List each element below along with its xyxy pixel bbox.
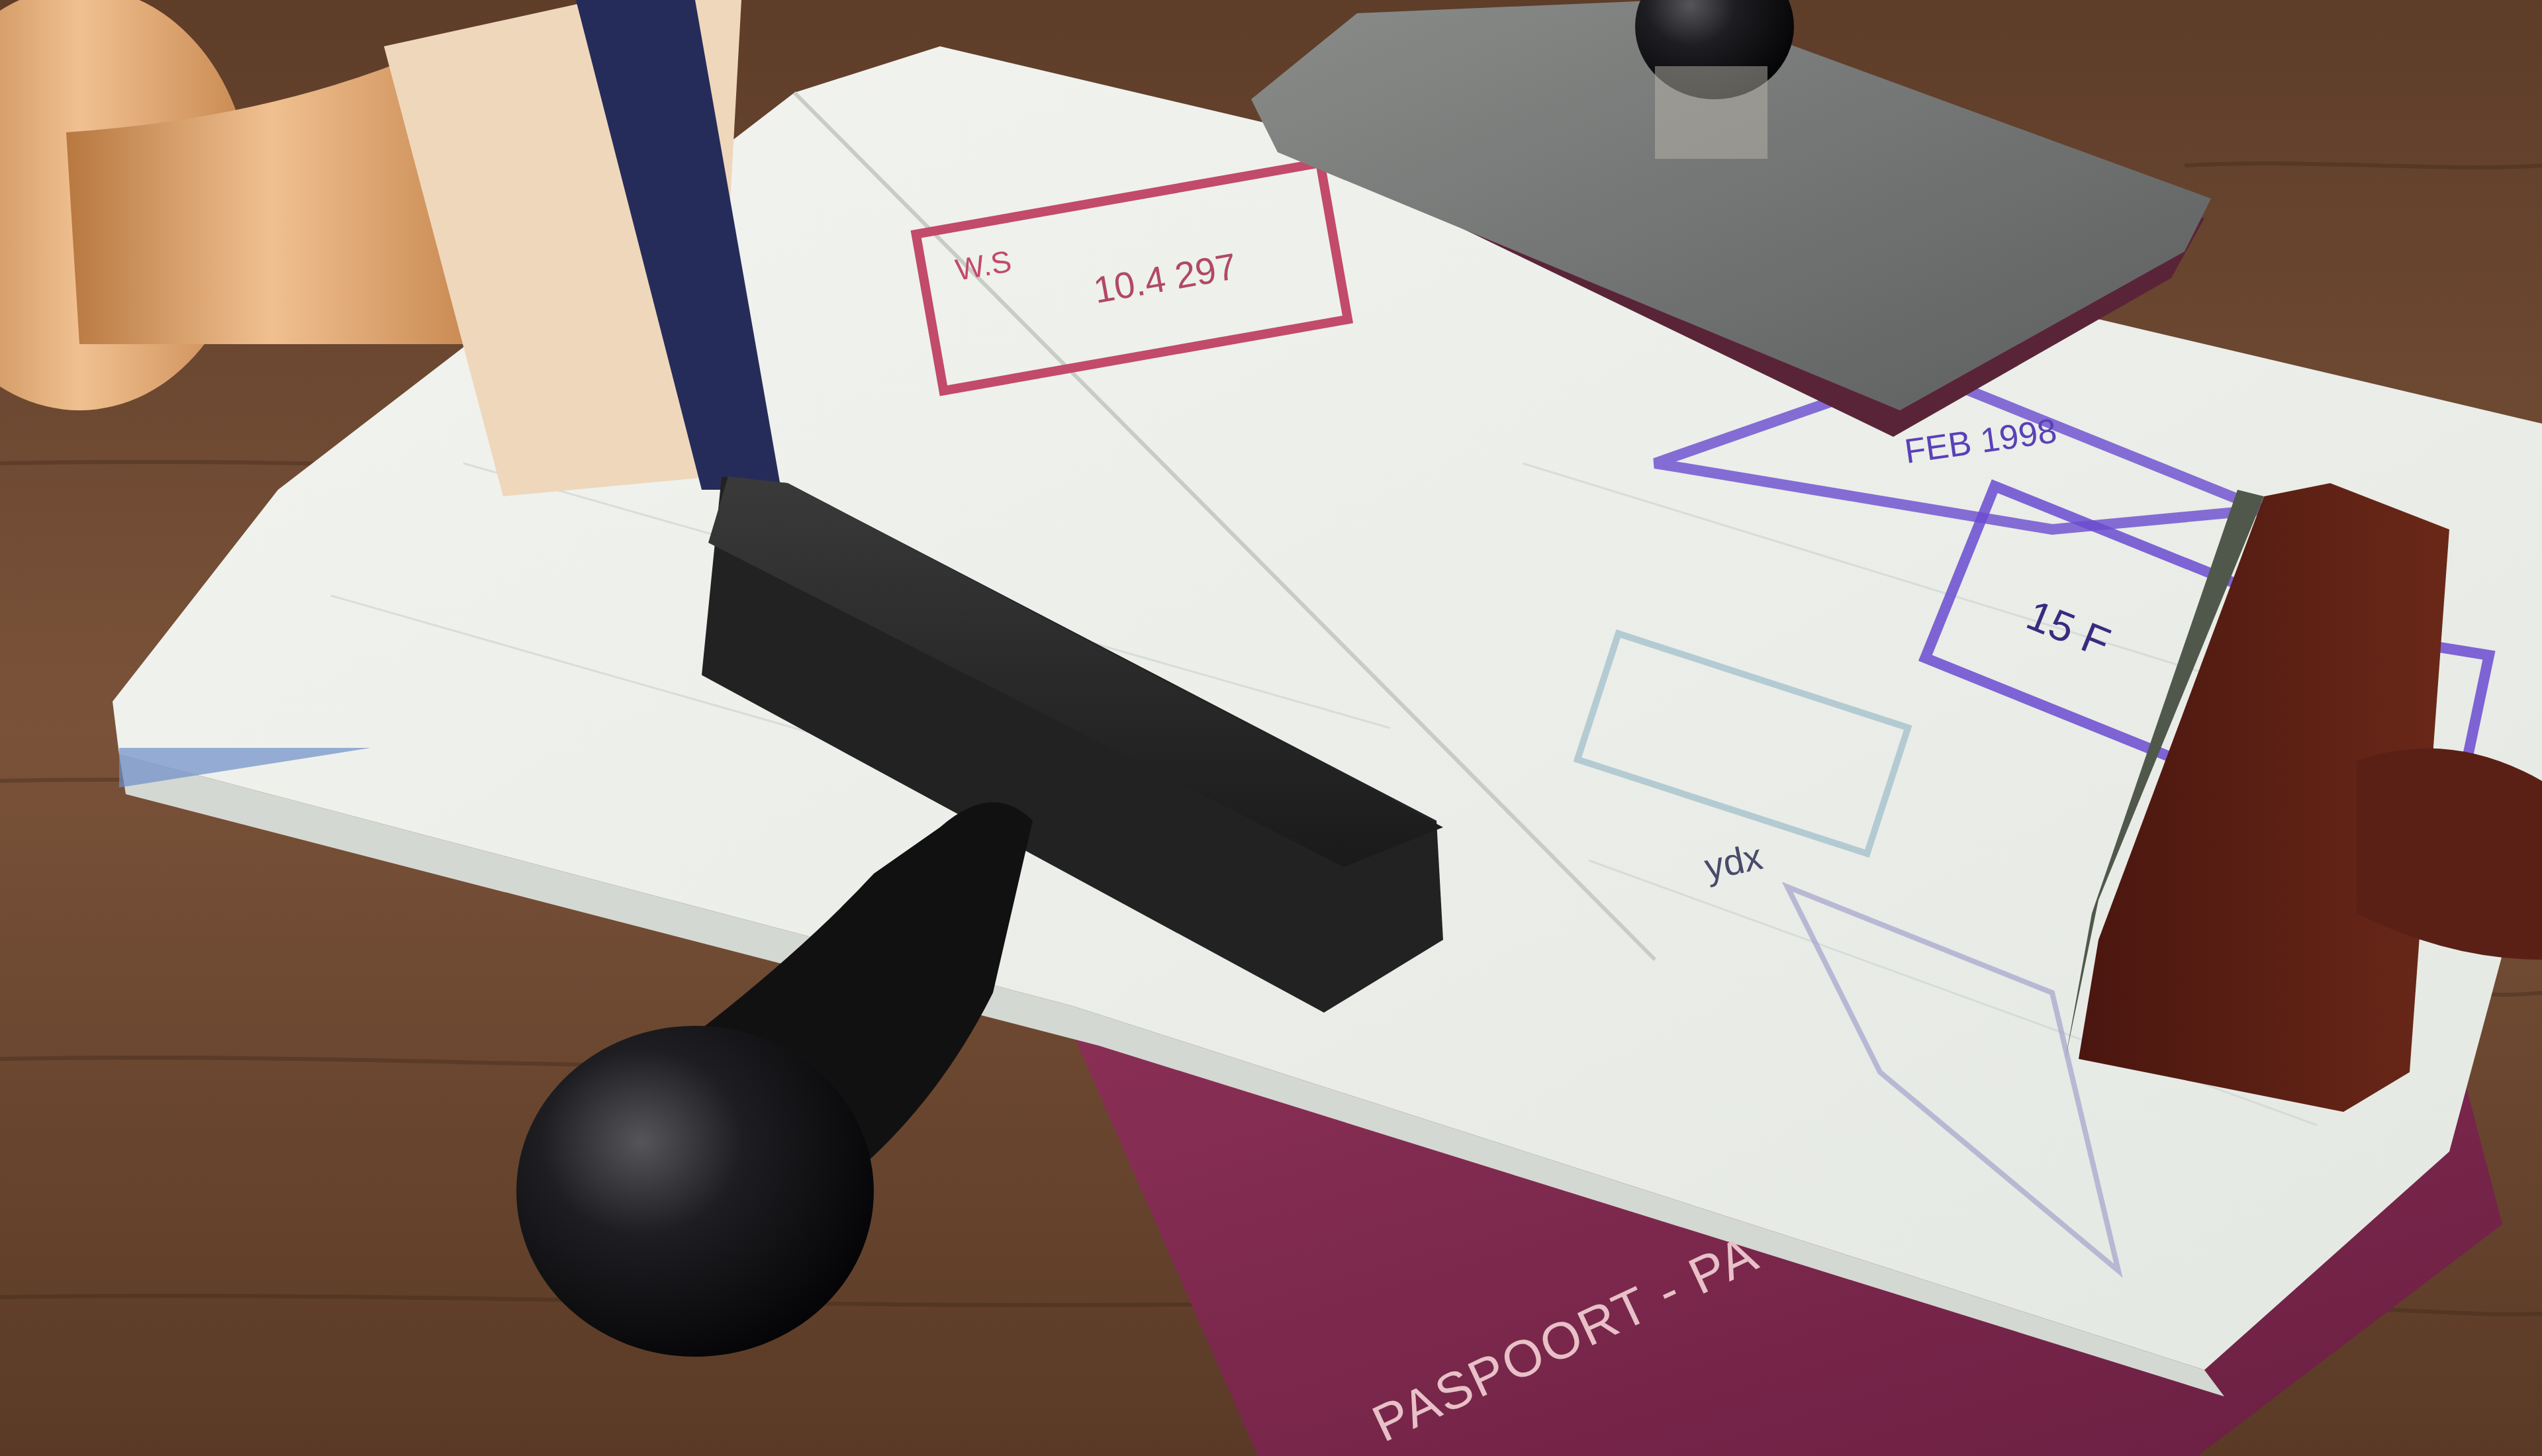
passport-stamps-photo: W.S 10.4 297 FEB 1998 15 F ydx PASPOORT …	[0, 0, 2542, 1456]
scene-illustration: W.S 10.4 297 FEB 1998 15 F ydx PASPOORT …	[0, 0, 2542, 1456]
